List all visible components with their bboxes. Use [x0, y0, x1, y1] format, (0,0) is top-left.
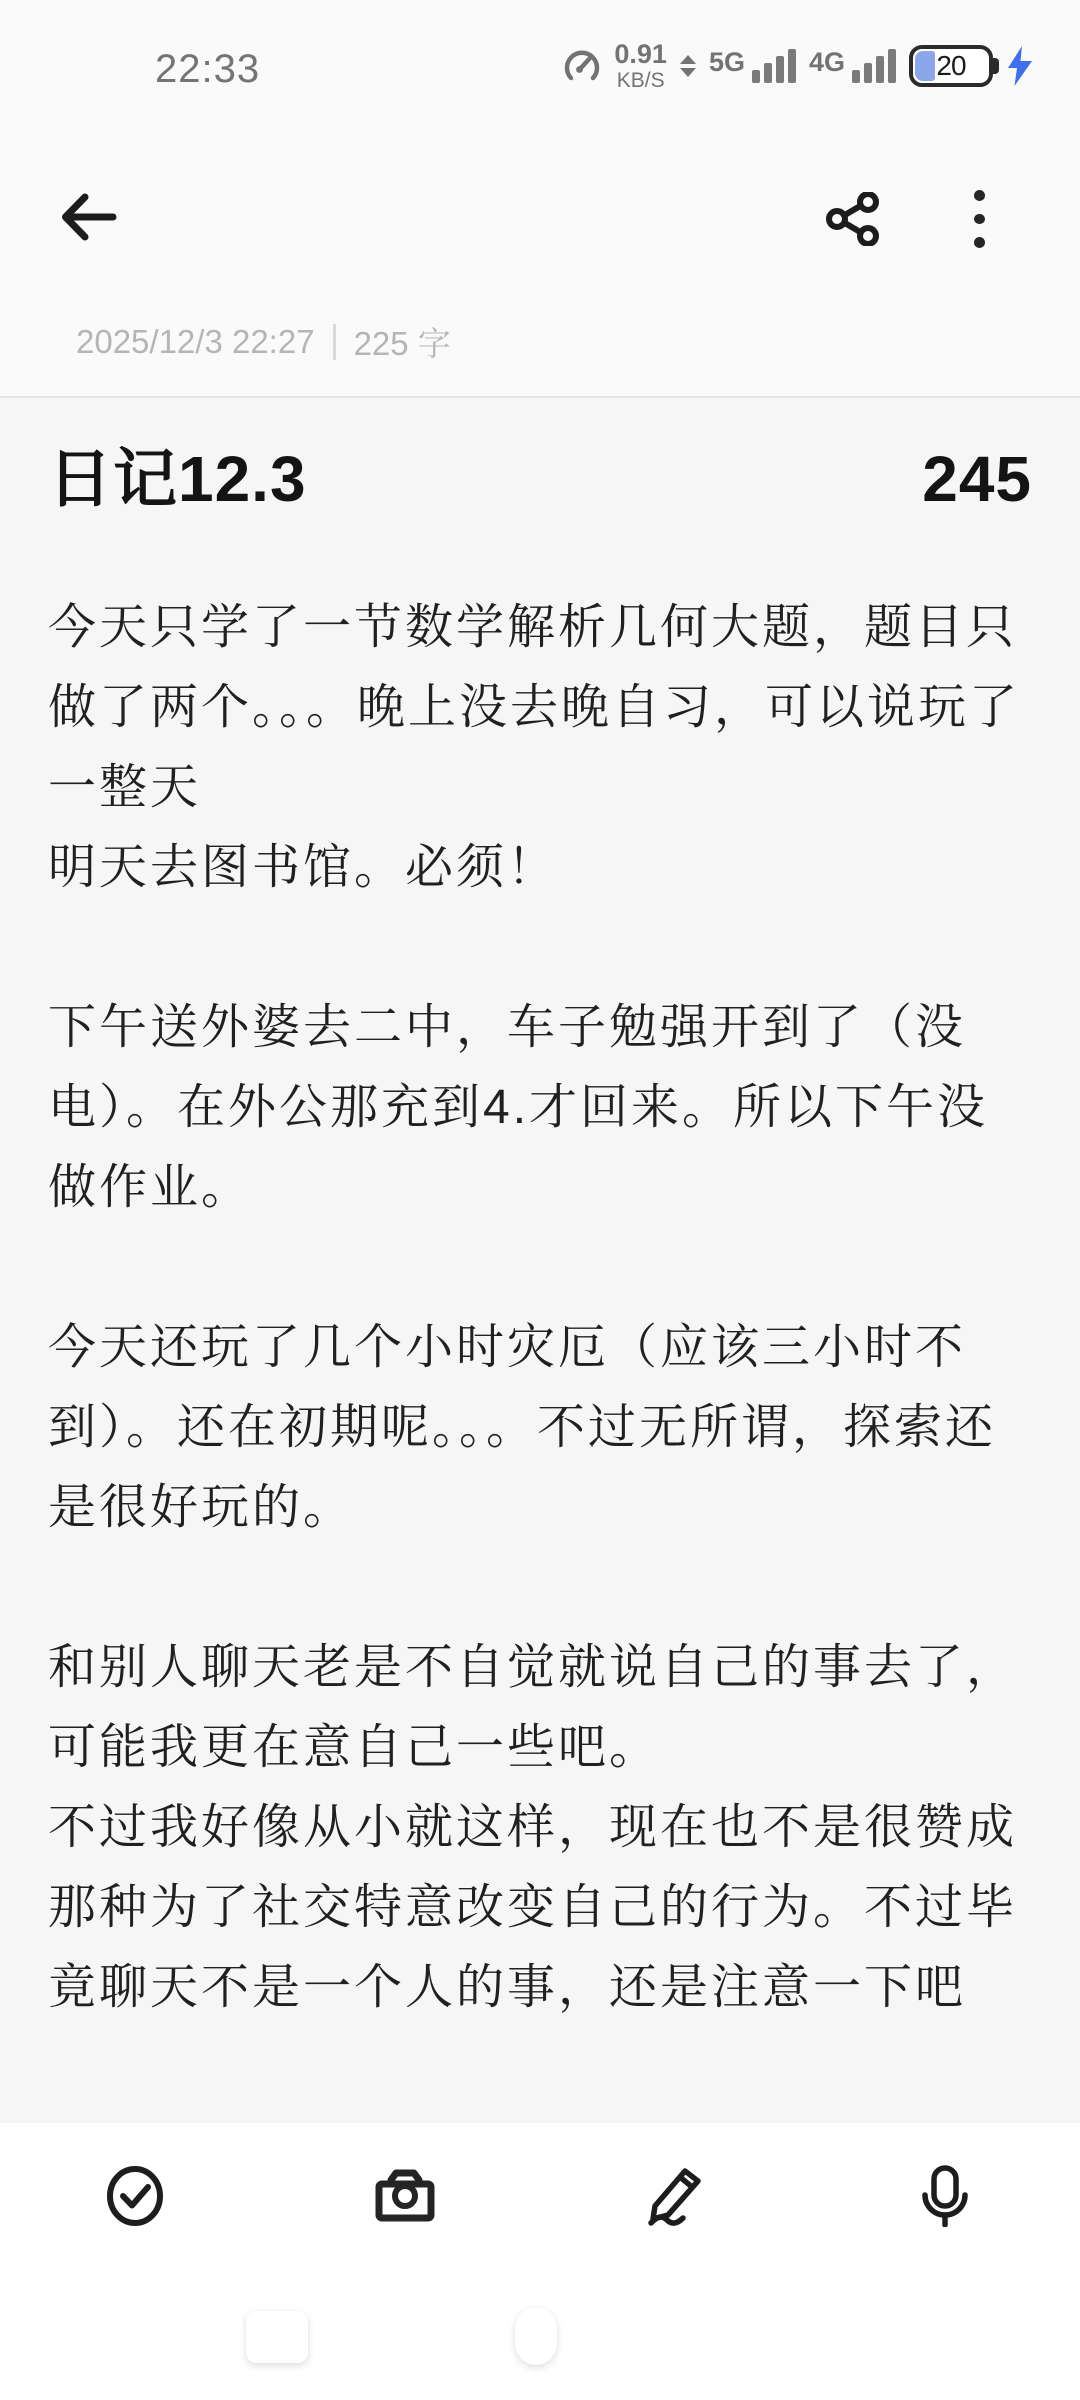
note-paragraph[interactable]: 今天只学了一节数学解析几何大题，题目只做了两个。。。晚上没去晚自习，可以说玩了一… [48, 588, 1032, 908]
camera-button[interactable] [270, 2163, 540, 2229]
data-activity-arrows-icon [680, 55, 696, 77]
charging-bolt-icon [1006, 45, 1034, 87]
bottom-toolbar [0, 2123, 1080, 2400]
share-icon [826, 192, 880, 246]
voice-button[interactable] [810, 2163, 1080, 2229]
note-paragraph[interactable]: 下午送外婆去二中，车子勉强开到了（没电）。在外公那充到4.才回来。所以下午没做作… [48, 988, 1032, 1228]
battery-fill-level [915, 51, 935, 81]
note-paragraph[interactable]: 和别人聊天老是不自觉就说自己的事去了，可能我更在意自己一些吧。 不过我好像从小就… [48, 1628, 1032, 2028]
more-options-button[interactable] [952, 190, 1006, 248]
sim2-signal: 4G [809, 49, 896, 83]
signal-bars-icon [852, 49, 896, 83]
status-bar: 22:33 0.91 KB/S 5G [0, 0, 1080, 100]
note-header [0, 186, 1080, 256]
note-char-count: 225 字 [354, 318, 451, 365]
nav-back-button[interactable] [765, 2309, 815, 2365]
more-vertical-icon [974, 190, 985, 201]
note-datetime: 2025/12/3 22:27 [76, 323, 315, 361]
note-paragraph[interactable]: 今天还玩了几个小时灾厄（应该三小时不到）。还在初期呢。。。不过无所谓，探索还是很… [48, 1308, 1032, 1548]
doodle-pen-icon [643, 2164, 707, 2228]
nav-recents-button[interactable] [246, 2311, 308, 2363]
network-speed-text: 0.91 KB/S [614, 41, 667, 91]
toolbar-icons-row [0, 2163, 1080, 2229]
status-icons-cluster: 0.91 KB/S 5G 4G 20 [563, 40, 1034, 92]
sim1-network-type: 5G [709, 49, 745, 76]
nav-home-button[interactable] [515, 2307, 557, 2365]
doodle-button[interactable] [540, 2163, 810, 2229]
note-content-area[interactable]: 日记12.3 245 今天只学了一节数学解析几何大题，题目只做了两个。。。晚上没… [0, 396, 1080, 2123]
sim1-signal: 5G [709, 49, 796, 83]
notes-app-screen: 22:33 0.91 KB/S 5G [0, 0, 1080, 2400]
note-title[interactable]: 日记12.3 [48, 434, 307, 524]
sim2-network-type: 4G [809, 49, 845, 76]
battery-indicator: 20 [909, 45, 993, 87]
camera-icon [374, 2168, 436, 2224]
network-speed-icon [563, 47, 601, 85]
day-counter[interactable]: 245 [922, 434, 1032, 524]
clock-text: 22:33 [155, 47, 260, 92]
share-button[interactable] [826, 192, 880, 246]
check-circle-icon [106, 2166, 164, 2226]
note-meta: 2025/12/3 22:27 225 字 [76, 318, 451, 365]
todo-check-button[interactable] [0, 2163, 270, 2229]
microphone-icon [921, 2165, 969, 2227]
note-title-row: 日记12.3 245 [48, 434, 1032, 524]
signal-bars-icon [752, 49, 796, 83]
meta-divider [333, 324, 336, 360]
back-button[interactable] [58, 190, 118, 244]
note-body[interactable]: 今天只学了一节数学解析几何大题，题目只做了两个。。。晚上没去晚自习，可以说玩了一… [48, 588, 1032, 2028]
